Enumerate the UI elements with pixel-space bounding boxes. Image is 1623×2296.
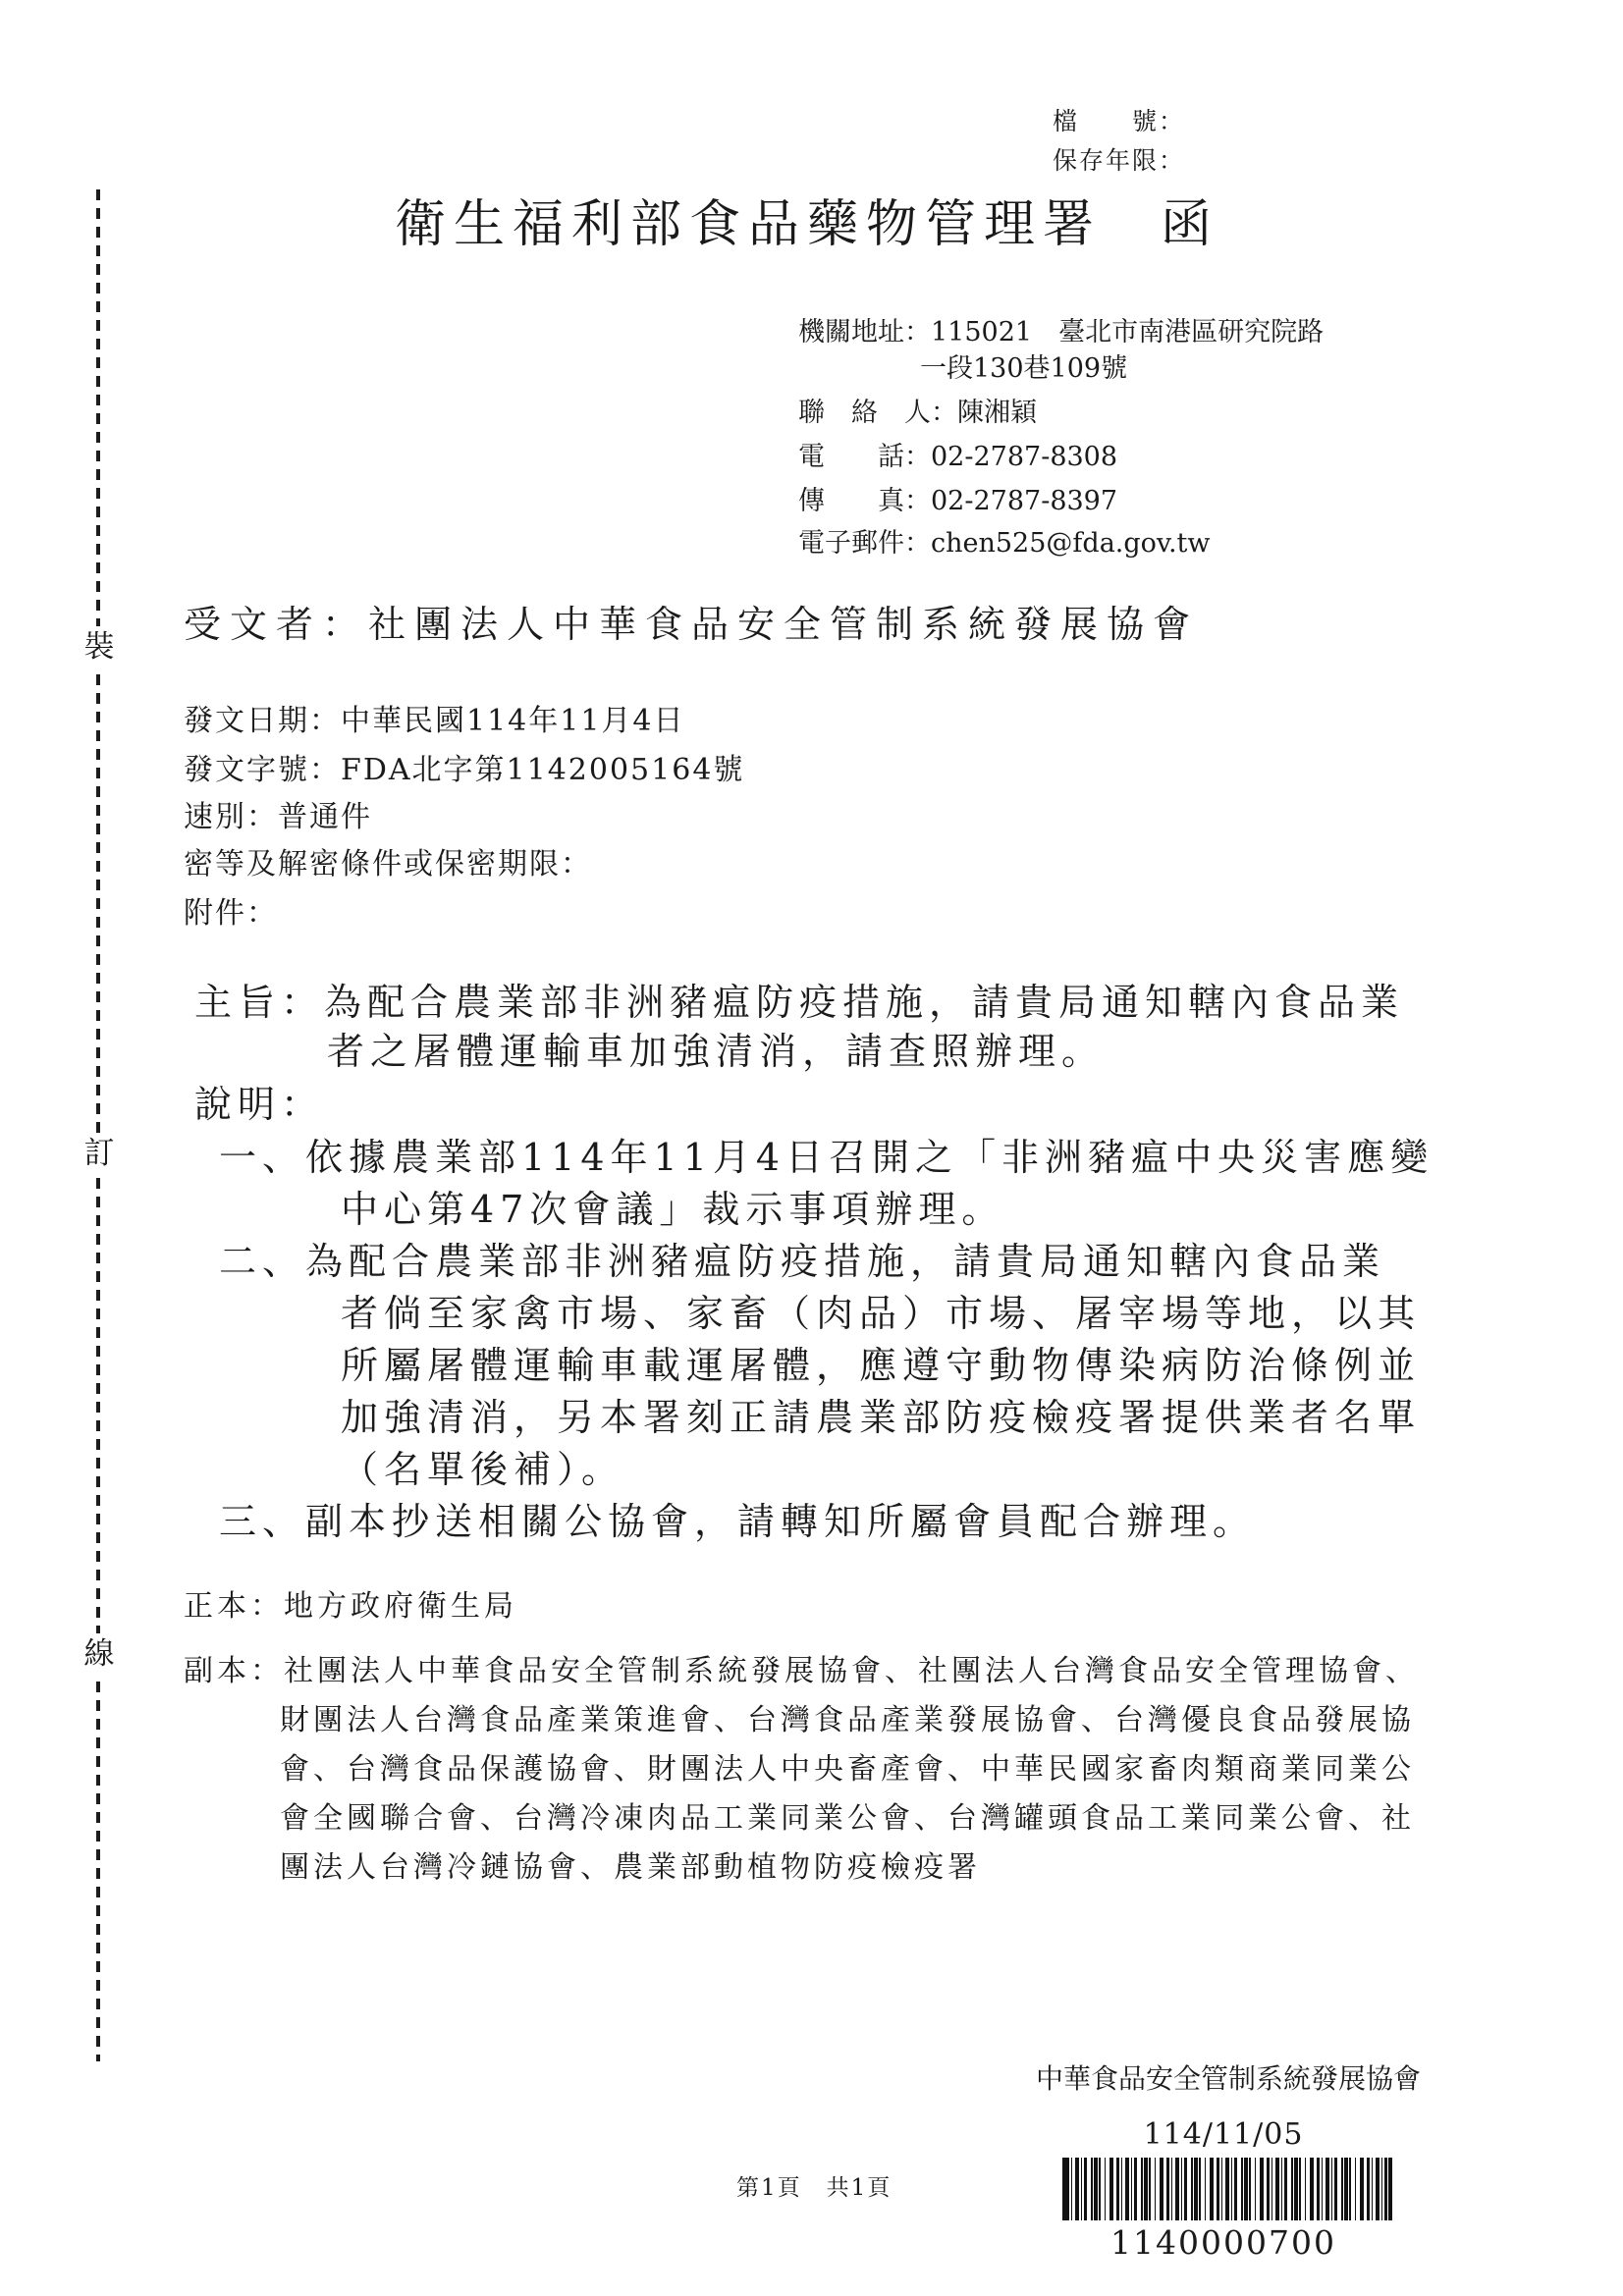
binding-dashed-line	[96, 189, 100, 2061]
margin-mark-zhuang: 裝	[80, 626, 119, 668]
meta-issue-date: 發文日期：中華民國114年11月4日	[184, 705, 685, 739]
sender-address-line2: 一段130巷109號	[920, 353, 1127, 384]
page-number: 第1頁 共1頁	[736, 2175, 892, 2201]
sender-email: 電子郵件：chen525@fda.gov.tw	[798, 528, 1211, 559]
distribution-cc-line1: 副本：社團法人中華食品安全管制系統發展協會、社團法人台灣食品安全管理協會、	[184, 1655, 1419, 1689]
explanation-item1-line2: 中心第47次會議」裁示事項辦理。	[341, 1189, 1004, 1232]
meta-priority: 速別：普通件	[184, 801, 372, 835]
receipt-stamp-date: 114/11/05	[1062, 2118, 1384, 2153]
explanation-item1-line1: 一、依據農業部114年11月4日召開之「非洲豬瘟中央災害應變	[219, 1137, 1434, 1180]
retention-label: 保存年限：	[1053, 147, 1185, 176]
explanation-item2-line5: （名單後補）。	[341, 1449, 624, 1492]
document-page: 裝 訂 線 檔 號： 保存年限： 衛生福利部食品藥物管理署 函 機關地址：115…	[0, 0, 1623, 2296]
meta-doc-number: 發文字號：FDA北字第1142005164號	[184, 754, 744, 788]
distribution-cc-line3: 會、台灣食品保護協會、財團法人中央畜產會、中華民國家畜肉類商業同業公	[280, 1753, 1415, 1788]
meta-attachment: 附件：	[184, 897, 278, 932]
sender-fax: 傳 真：02-2787-8397	[798, 486, 1117, 516]
distribution-cc-line5: 團法人台灣冷鏈協會、農業部動植物防疫檢疫署	[280, 1851, 981, 1886]
barcode-number: 1140000700	[1062, 2224, 1384, 2262]
sender-address-line1: 機關地址：115021 臺北市南港區研究院路	[798, 317, 1324, 347]
receipt-stamp-org: 中華食品安全管制系統發展協會	[1036, 2063, 1421, 2095]
explanation-item3-line1: 三、副本抄送相關公協會，請轉知所屬會員配合辦理。	[219, 1501, 1256, 1544]
sender-contact: 聯 絡 人：陳湘穎	[798, 398, 1037, 428]
margin-mark-xian: 線	[80, 1633, 119, 1676]
meta-security: 密等及解密條件或保密期限：	[184, 848, 592, 882]
sender-phone: 電 話：02-2787-8308	[798, 442, 1117, 472]
barcode	[1062, 2158, 1392, 2220]
recipient-line: 受文者：社團法人中華食品安全管制系統發展協會	[184, 604, 1199, 647]
explanation-item2-line1: 二、為配合農業部非洲豬瘟防疫措施，請貴局通知轄內食品業	[219, 1241, 1385, 1284]
distribution-cc-line4: 會全國聯合會、台灣冷凍肉品工業同業公會、台灣罐頭食品工業同業公會、社	[280, 1802, 1415, 1837]
explanation-item2-line2: 者倘至家禽市場、家畜（肉品）市場、屠宰場等地，以其	[341, 1293, 1421, 1336]
distribution-cc-line2: 財團法人台灣食品產業策進會、台灣食品產業發展協會、台灣優良食品發展協	[280, 1704, 1415, 1738]
distribution-original: 正本：地方政府衛生局	[184, 1590, 517, 1625]
subject-line-2: 者之屠體運輸車加強清消，請查照辦理。	[327, 1031, 1105, 1074]
document-title: 衛生福利部食品藥物管理署 函	[395, 196, 1219, 255]
subject-line-1: 主旨：為配合農業部非洲豬瘟防疫措施，請貴局通知轄內食品業	[194, 982, 1404, 1025]
explanation-item2-line4: 加強清消，另本署刻正請農業部防疫檢疫署提供業者名單	[341, 1397, 1421, 1440]
file-number-label: 檔 號：	[1053, 108, 1185, 136]
explanation-heading: 說明：	[194, 1084, 324, 1127]
margin-mark-ding: 訂	[80, 1133, 119, 1175]
explanation-item2-line3: 所屬屠體運輸車載運屠體，應遵守動物傳染病防治條例並	[341, 1345, 1421, 1388]
